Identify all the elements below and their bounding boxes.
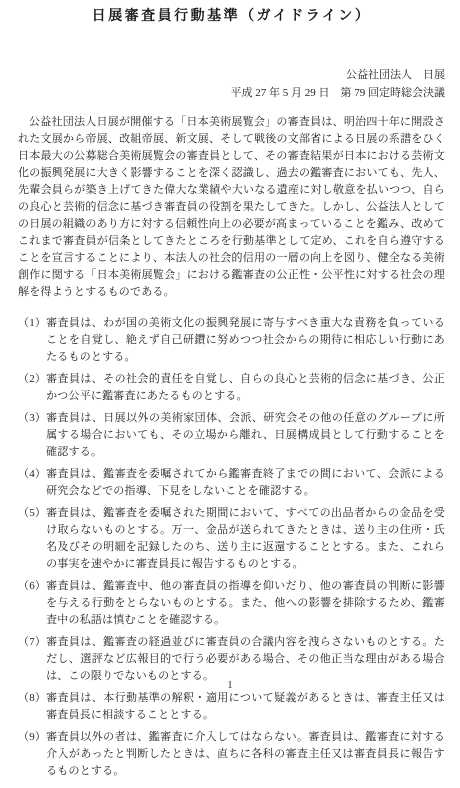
item-number: （2） bbox=[18, 371, 46, 405]
guideline-items: （1） 審査員は、わが国の美術文化の振興発展に寄与すべき重大な責務を負っているこ… bbox=[18, 315, 445, 780]
guideline-item-9: （9） 審査員以外の者は、鑑審査に介入してはならない。審査員は、鑑審査に対する介… bbox=[18, 729, 445, 780]
intro-paragraph: 公益社団法人日展が開催する「日本美術展覧会」の審査員は、明治四十年に開設された文… bbox=[18, 114, 445, 301]
guideline-item-6: （6） 審査員は、鑑審査中、他の審査員の指導を仰いだり、他の審査員の判断に影響を… bbox=[18, 578, 445, 629]
guideline-item-4: （4） 審査員は、鑑審査を委嘱されてから鑑審査終了までの間において、会派による研… bbox=[18, 466, 445, 500]
guideline-item-2: （2） 審査員は、その社会的責任を自覚し、自らの良心と芸術的信念に基づき、公正か… bbox=[18, 371, 445, 405]
item-text: 審査員は、わが国の美術文化の振興発展に寄与すべき重大な責務を負っていることを自覚… bbox=[46, 315, 445, 366]
guideline-item-3: （3） 審査員は、日展以外の美術家団体、会派、研究会その他の任意のグループに所属… bbox=[18, 410, 445, 461]
item-text: 審査員以外の者は、鑑審査に介入してはならない。審査員は、鑑審査に対する介入があっ… bbox=[46, 729, 445, 780]
item-number: （6） bbox=[18, 578, 46, 629]
item-text: 審査員は、鑑審査の経過並びに審査員の合議内容を洩らさないものとする。ただし、選評… bbox=[46, 634, 445, 685]
item-number: （3） bbox=[18, 410, 46, 461]
guideline-item-5: （5） 審査員は、鑑審査を委嘱された期間において、すべての出品者からの金品を受け… bbox=[18, 505, 445, 573]
guideline-item-8: （8） 審査員は、本行動基準の解釈・適用について疑義があるときは、審査主任又は審… bbox=[18, 690, 445, 724]
guideline-item-7: （7） 審査員は、鑑審査の経過並びに審査員の合議内容を洩らさないものとする。ただ… bbox=[18, 634, 445, 685]
item-number: （9） bbox=[18, 729, 46, 780]
document-meta: 公益社団法人 日展 平成 27 年 5 月 29 日 第 79 回定時総会決議 bbox=[18, 66, 445, 102]
item-number: （4） bbox=[18, 466, 46, 500]
item-text: 審査員は、鑑審査中、他の審査員の指導を仰いだり、他の審査員の判断に影響を与える行… bbox=[46, 578, 445, 629]
item-number: （5） bbox=[18, 505, 46, 573]
item-text: 審査員は、その社会的責任を自覚し、自らの良心と芸術的信念に基づき、公正かつ公平に… bbox=[46, 371, 445, 405]
document-page: 日展審査員行動基準（ガイドライン） 公益社団法人 日展 平成 27 年 5 月 … bbox=[0, 0, 460, 788]
resolution-date-line: 平成 27 年 5 月 29 日 第 79 回定時総会決議 bbox=[18, 84, 445, 102]
guideline-item-1: （1） 審査員は、わが国の美術文化の振興発展に寄与すべき重大な責務を負っているこ… bbox=[18, 315, 445, 366]
item-text: 審査員は、日展以外の美術家団体、会派、研究会その他の任意のグループに所属する場合… bbox=[46, 410, 445, 461]
item-number: （8） bbox=[18, 690, 46, 724]
item-text: 審査員は、本行動基準の解釈・適用について疑義があるときは、審査主任又は審査員長に… bbox=[46, 690, 445, 724]
item-text: 審査員は、鑑審査を委嘱された期間において、すべての出品者からの金品を受け取らない… bbox=[46, 505, 445, 573]
item-number: （7） bbox=[18, 634, 46, 685]
organization-name: 公益社団法人 日展 bbox=[18, 66, 445, 84]
item-text: 審査員は、鑑審査を委嘱されてから鑑審査終了までの間において、会派による研究会など… bbox=[46, 466, 445, 500]
page-title: 日展審査員行動基準（ガイドライン） bbox=[18, 8, 445, 26]
item-number: （1） bbox=[18, 315, 46, 366]
